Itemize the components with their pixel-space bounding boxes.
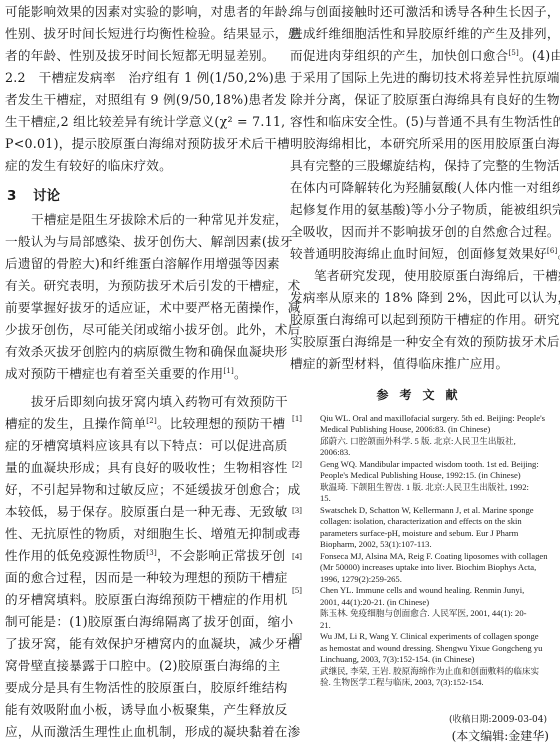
paragraph-line: 有效杀灭拔牙创腔内的病原微生物和确保血凝块形 [5, 344, 288, 360]
conclusion-line: 实胶原蛋白海绵是一种安全有效的预防拔牙术后干 [290, 334, 560, 350]
text-run: 而促进肉芽组织的产生，加快创口愈合 [290, 48, 508, 63]
paragraph-line: 应，从而激活生理性止血机制，形成的凝块黏着在渗 [5, 724, 300, 740]
text-run: 生干槽症,2 组比较差异有统计学意义(χ² = 7.11, [5, 114, 285, 129]
text-run: 胶原蛋白海绵可以起到预防干槽症的作用。研究证 [290, 312, 560, 327]
paragraph-line: 槽症的发生，且操作简单[2]。比较理想的预防干槽 [5, 416, 285, 432]
body-line: 明胶海绵相比，本研究所采用的医用胶原蛋白海绵 [290, 136, 560, 152]
text-run: 于采用了国际上先进的酶切技术将差异性抗原端去 [290, 70, 560, 85]
text-run: 。 [234, 366, 247, 381]
text-run: 制可能是：(1)胶原蛋白海绵隔离了拔牙创面，缩小 [5, 614, 293, 629]
text-run: 一般认为与局部感染、拔牙创伤大、解剖因素(拔牙 [5, 234, 293, 249]
text-run: 干槽症是阻生牙拔除术后的一种常见并发症， [31, 212, 288, 227]
body-line: 者发生干槽症，对照组有 9 例(9/50,18%)患者发 [5, 92, 287, 108]
paragraph-line: 了拔牙窝，能有效保护牙槽窝内的血凝块，减少牙槽 [5, 636, 300, 652]
paragraph-line: 拔牙后即刻向拔牙窝内填入药物可有效预防干 [31, 394, 288, 410]
section-title: 讨论 [33, 188, 60, 204]
citation-marker[interactable]: [3] [146, 549, 157, 557]
body-line: 全吸收，因而并不影响拔牙创的自然愈合过程。它 [290, 224, 560, 240]
text-run: 者的年龄、性别及拔牙时间长短都无明显差别。 [5, 48, 275, 63]
paragraph-line: 成对预防干槽症也有着至关重要的作用[1]。 [5, 366, 247, 382]
paragraph-line: 要成分是具有生物活性的胶原蛋白，胶原纤维结构 [5, 680, 288, 696]
text-run: 2.2 干槽症发病率 治疗组有 1 例(1/50,2%)患 [5, 70, 287, 85]
references-heading: 参考文献 [290, 386, 555, 403]
text-run: 进成纤维细胞活性和异胶原纤维的产生及排列，从 [290, 26, 560, 41]
text-run: 绵与创面接触时还可激活和诱导各种生长因子，促 [290, 4, 560, 19]
text-run: 面的愈合过程，因而是一种较为理想的预防干槽症 [5, 570, 288, 585]
paragraph-line: 一般认为与局部感染、拔牙创伤大、解剖因素(拔牙 [5, 234, 293, 250]
body-line: 生干槽症,2 组比较差异有统计学意义(χ² = 7.11, [5, 114, 285, 130]
paragraph-line: 本较低，易于保存。胶原蛋白是一种无毒、无致敏 [5, 504, 288, 520]
text-run: 者发生干槽症，对照组有 9 例(9/50,18%)患者发 [5, 92, 287, 107]
paragraph-line: 前要掌握好拔牙的适应证，术中要严格无菌操作，减 [5, 300, 300, 316]
conclusion-line: 发病率从原来的 18% 降到 2%，因此可以认为，使用 [290, 290, 560, 306]
body-line: 性别、拔牙时间长短进行均衡性检验。结果显示，患 [5, 26, 300, 42]
paragraph-line: 性、无抗原性的物质，对细胞生长、增殖无抑制或毒 [5, 526, 300, 542]
text-run: 好，不引起异物和过敏反应；不延缓拔牙创愈合；成 [5, 482, 300, 497]
reference-text: 验. 生物医学工程与临床, 2003, 7(3):152-154. [320, 676, 484, 688]
paragraph-line: 好，不引起异物和过敏反应；不延缓拔牙创愈合；成 [5, 482, 300, 498]
reference-text: 耿温琦. 下颌阻生智齿. 1 版. 北京:人民卫生出版社, 1992: [320, 481, 529, 493]
reference-text: (Mr 50000) increases uptake into liver. … [320, 561, 536, 573]
reference-number: [5] [292, 584, 302, 596]
text-run: 除并分离，保证了胶原蛋白海绵具有良好的生物相 [290, 92, 560, 107]
paragraph-line: 后遗留的骨腔大)和纤维蛋白溶解作用增强等因素 [5, 256, 280, 272]
reference-text: Linchuang, 2003, 7(3):152-154. (in Chine… [320, 653, 474, 665]
text-run: 笔者研究发现，使用胶原蛋白海绵后，干槽症的 [314, 268, 560, 283]
reference-text: Medical Publishing House, 2006:83. (in C… [320, 423, 490, 435]
paragraph-line: 的牙槽窝填料。胶原蛋白海绵预防干槽症的作用机 [5, 592, 288, 608]
body-line: 者的年龄、性别及拔牙时间长短都无明显差别。 [5, 48, 275, 64]
text-run: 能有效吸附血小板，诱导血小板聚集，产生释放反 [5, 702, 288, 717]
text-run: 成对预防干槽症也有着至关重要的作用 [5, 366, 223, 381]
text-run: 槽症的新型材料，值得临床推广应用。 [290, 356, 508, 371]
text-run: 可能影响效果的因素对实验的影响，对患者的年龄、 [5, 4, 300, 19]
body-line: P<0.01)，提示胶原蛋白海绵对预防拔牙术后干槽 [5, 136, 290, 152]
reference-text: 15. [320, 492, 331, 504]
text-run: ，不会影响正常拔牙创 [157, 548, 285, 563]
text-run: 量的血凝块形成；具有良好的吸收性；生物相容性 [5, 460, 288, 475]
body-line: 较普通明胶海绵止血时间短，创面修复效果好[6]。 [290, 246, 560, 262]
section-heading-discussion: 3讨论 [7, 184, 60, 204]
text-run: 实胶原蛋白海绵是一种安全有效的预防拔牙术后干 [290, 334, 560, 349]
text-run: 较普通明胶海绵止血时间短，创面修复效果好 [290, 246, 547, 261]
text-run: 。(4)由 [519, 48, 560, 63]
citation-marker[interactable]: [2] [146, 417, 157, 425]
body-line: 可能影响效果的因素对实验的影响，对患者的年龄、 [5, 4, 300, 20]
reference-number: [4] [292, 550, 302, 562]
text-run: 起修复作用的氨基酸)等小分子物质，能被组织完 [290, 202, 560, 217]
reference-number: [6] [292, 630, 302, 642]
editor-credit: (本文编辑:金建华) [452, 727, 549, 742]
text-run: 具有完整的三股螺旋结构，保持了完整的生物活性， [290, 158, 560, 173]
citation-marker[interactable]: [1] [223, 367, 234, 375]
text-run: 症的发生有较好的临床疗效。 [5, 158, 172, 173]
paragraph-line: 窝骨壁直接暴露于口腔中。(2)胶原蛋白海绵的主 [5, 658, 280, 674]
text-run: P<0.01)，提示胶原蛋白海绵对预防拔牙术后干槽 [5, 136, 290, 151]
reference-number: [2] [292, 458, 302, 470]
body-line: 起修复作用的氨基酸)等小分子物质，能被组织完 [290, 202, 560, 218]
reference-text: 陈玉林. 免疫细胞与创面愈合. 人民军医, 2001, 44(1): 20- [320, 607, 526, 619]
text-run: 有效杀灭拔牙创腔内的病原微生物和确保血凝块形 [5, 344, 288, 359]
reference-text: Wu JM, Li R, Wang Y. Clinical experiment… [320, 630, 539, 642]
text-run: 容性和临床安全性。(5)与普通不具有生物活性的 [290, 114, 560, 129]
body-line: 而促进肉芽组织的产生，加快创口愈合[5]。(4)由 [290, 48, 560, 64]
reference-text: collagen: isolation, characterization an… [320, 515, 522, 527]
conclusion-line: 槽症的新型材料，值得临床推广应用。 [290, 356, 508, 372]
paragraph-line: 制可能是：(1)胶原蛋白海绵隔离了拔牙创面，缩小 [5, 614, 293, 630]
conclusion-line: 笔者研究发现，使用胶原蛋白海绵后，干槽症的 [314, 268, 560, 284]
body-line: 在体内可降解转化为羟脯氨酸(人体内惟一对组织 [290, 180, 560, 196]
text-run: 要成分是具有生物活性的胶原蛋白，胶原纤维结构 [5, 680, 288, 695]
text-run: 有关。研究表明，为预防拔牙术后引发的干槽症，术 [5, 278, 300, 293]
text-run: 在体内可降解转化为羟脯氨酸(人体内惟一对组织 [290, 180, 560, 195]
body-line: 2.2 干槽症发病率 治疗组有 1 例(1/50,2%)患 [5, 70, 287, 86]
paragraph-line: 能有效吸附血小板，诱导血小板聚集，产生释放反 [5, 702, 288, 718]
conclusion-line: 胶原蛋白海绵可以起到预防干槽症的作用。研究证 [290, 312, 560, 328]
body-line: 具有完整的三股螺旋结构，保持了完整的生物活性， [290, 158, 560, 174]
paragraph-line: 量的血凝块形成；具有良好的吸收性；生物相容性 [5, 460, 288, 476]
text-run: 了拔牙窝，能有效保护牙槽窝内的血凝块，减少牙槽 [5, 636, 300, 651]
reference-text: People's Medical Publishing House, 1992:… [320, 469, 521, 481]
text-run: 发病率从原来的 18% 降到 2%，因此可以认为，使用 [290, 290, 560, 305]
body-line: 进成纤维细胞活性和异胶原纤维的产生及排列，从 [290, 26, 560, 42]
text-run: 症的牙槽窝填料应该具有以下特点：可以促进高质 [5, 438, 288, 453]
reference-text: Chen YL. Immune cells and wound healing.… [320, 584, 524, 596]
text-run: 性、无抗原性的物质，对细胞生长、增殖无抑制或毒 [5, 526, 300, 541]
received-date: (收稿日期:2009-03-04) [449, 712, 547, 725]
text-run: 。比较理想的预防干槽 [157, 416, 285, 431]
text-run: 少拔牙创伤，尽可能关闭或缩小拔牙创。此外，术后 [5, 322, 300, 337]
text-run: 的牙槽窝填料。胶原蛋白海绵预防干槽症的作用机 [5, 592, 288, 607]
paragraph-line: 性作用的低免疫源性物质[3]，不会影响正常拔牙创 [5, 548, 285, 564]
text-run: 本较低，易于保存。胶原蛋白是一种无毒、无致敏 [5, 504, 288, 519]
reference-number: [1] [292, 412, 302, 424]
text-run: 应，从而激活生理性止血机制，形成的凝块黏着在渗 [5, 724, 300, 739]
body-line: 容性和临床安全性。(5)与普通不具有生物活性的 [290, 114, 560, 130]
body-line: 除并分离，保证了胶原蛋白海绵具有良好的生物相 [290, 92, 560, 108]
paragraph-line: 面的愈合过程，因而是一种较为理想的预防干槽症 [5, 570, 288, 586]
body-line: 绵与创面接触时还可激活和诱导各种生长因子，促 [290, 4, 560, 20]
text-run: 全吸收，因而并不影响拔牙创的自然愈合过程。它 [290, 224, 560, 239]
text-run: 性作用的低免疫源性物质 [5, 548, 146, 563]
text-run: 窝骨壁直接暴露于口腔中。(2)胶原蛋白海绵的主 [5, 658, 280, 673]
text-run: 性别、拔牙时间长短进行均衡性检验。结果显示，患 [5, 26, 300, 41]
paragraph-line: 干槽症是阻生牙拔除术后的一种常见并发症， [31, 212, 288, 228]
text-run: 拔牙后即刻向拔牙窝内填入药物可有效预防干 [31, 394, 288, 409]
citation-marker[interactable]: [5] [508, 49, 519, 57]
reference-number: [3] [292, 504, 302, 516]
text-run: 槽症的发生，且操作简单 [5, 416, 146, 431]
text-run: 前要掌握好拔牙的适应证，术中要严格无菌操作，减 [5, 300, 300, 315]
paragraph-line: 少拔牙创伤，尽可能关闭或缩小拔牙创。此外，术后 [5, 322, 300, 338]
citation-marker[interactable]: [6] [547, 247, 558, 255]
reference-text: Biopharm, 2002, 53(1):107-113. [320, 538, 432, 550]
text-run: 后遗留的骨腔大)和纤维蛋白溶解作用增强等因素 [5, 256, 280, 271]
reference-text: 2006:83. [320, 446, 350, 458]
text-run: 明胶海绵相比，本研究所采用的医用胶原蛋白海绵 [290, 136, 560, 151]
body-line: 于采用了国际上先进的酶切技术将差异性抗原端去 [290, 70, 560, 86]
section-number: 3 [7, 188, 33, 204]
paragraph-line: 症的牙槽窝填料应该具有以下特点：可以促进高质 [5, 438, 288, 454]
paragraph-line: 有关。研究表明，为预防拔牙术后引发的干槽症，术 [5, 278, 300, 294]
body-line: 症的发生有较好的临床疗效。 [5, 158, 172, 174]
